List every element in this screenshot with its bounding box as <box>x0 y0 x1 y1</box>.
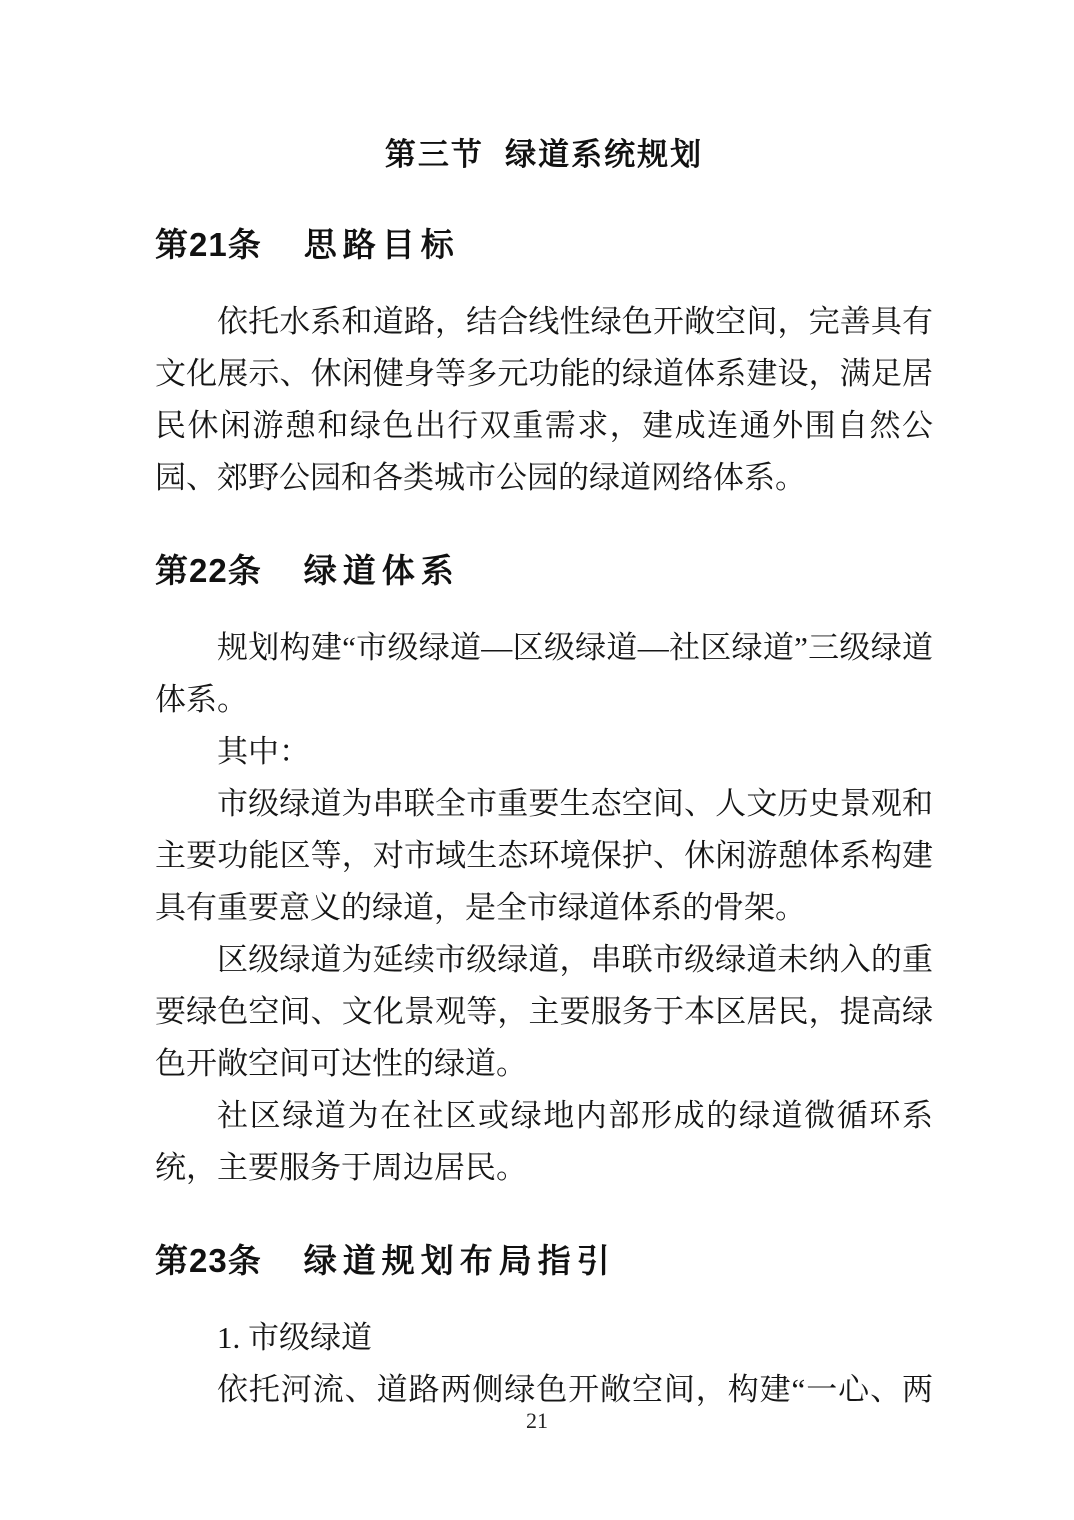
article-22-number: 第22条 <box>155 552 262 589</box>
page-content: 第三节 绿道系统规划 第21条思路目标 依托水系和道路，结合线性绿色开敞空间，完… <box>155 132 933 1416</box>
article-22-title: 绿道体系 <box>304 552 460 589</box>
document-page: 第三节 绿道系统规划 第21条思路目标 依托水系和道路，结合线性绿色开敞空间，完… <box>0 0 1074 1520</box>
article-23-title: 绿道规划布局指引 <box>304 1242 616 1279</box>
paragraph: 依托水系和道路，结合线性绿色开敞空间，完善具有文化展示、休闲健身等多元功能的绿道… <box>155 296 933 504</box>
paragraph: 其中： <box>155 726 933 778</box>
paragraph: 区级绿道为延续市级绿道，串联市级绿道未纳入的重要绿色空间、文化景观等，主要服务于… <box>155 934 933 1090</box>
article-22-heading: 第22条绿道体系 <box>155 548 933 594</box>
article-21-body: 依托水系和道路，结合线性绿色开敞空间，完善具有文化展示、休闲健身等多元功能的绿道… <box>155 296 933 504</box>
article-21-title: 思路目标 <box>304 226 460 263</box>
article-22: 第22条绿道体系 规划构建“市级绿道—区级绿道—社区绿道”三级绿道体系。 其中：… <box>155 548 933 1194</box>
page-number: 21 <box>0 1408 1074 1434</box>
article-22-body: 规划构建“市级绿道—区级绿道—社区绿道”三级绿道体系。 其中： 市级绿道为串联全… <box>155 622 933 1194</box>
article-21-heading: 第21条思路目标 <box>155 222 933 268</box>
list-item: 1. 市级绿道 <box>155 1312 933 1364</box>
paragraph: 社区绿道为在社区或绿地内部形成的绿道微循环系统，主要服务于周边居民。 <box>155 1090 933 1194</box>
article-21-number: 第21条 <box>155 226 262 263</box>
article-21: 第21条思路目标 依托水系和道路，结合线性绿色开敞空间，完善具有文化展示、休闲健… <box>155 222 933 504</box>
paragraph: 规划构建“市级绿道—区级绿道—社区绿道”三级绿道体系。 <box>155 622 933 726</box>
article-23-heading: 第23条绿道规划布局指引 <box>155 1238 933 1284</box>
article-23-body: 1. 市级绿道 依托河流、道路两侧绿色开敞空间，构建“一心、两 <box>155 1312 933 1416</box>
article-23: 第23条绿道规划布局指引 1. 市级绿道 依托河流、道路两侧绿色开敞空间，构建“… <box>155 1238 933 1416</box>
article-23-number: 第23条 <box>155 1242 262 1279</box>
section-title: 第三节 绿道系统规划 <box>155 132 933 178</box>
paragraph: 市级绿道为串联全市重要生态空间、人文历史景观和主要功能区等，对市域生态环境保护、… <box>155 778 933 934</box>
